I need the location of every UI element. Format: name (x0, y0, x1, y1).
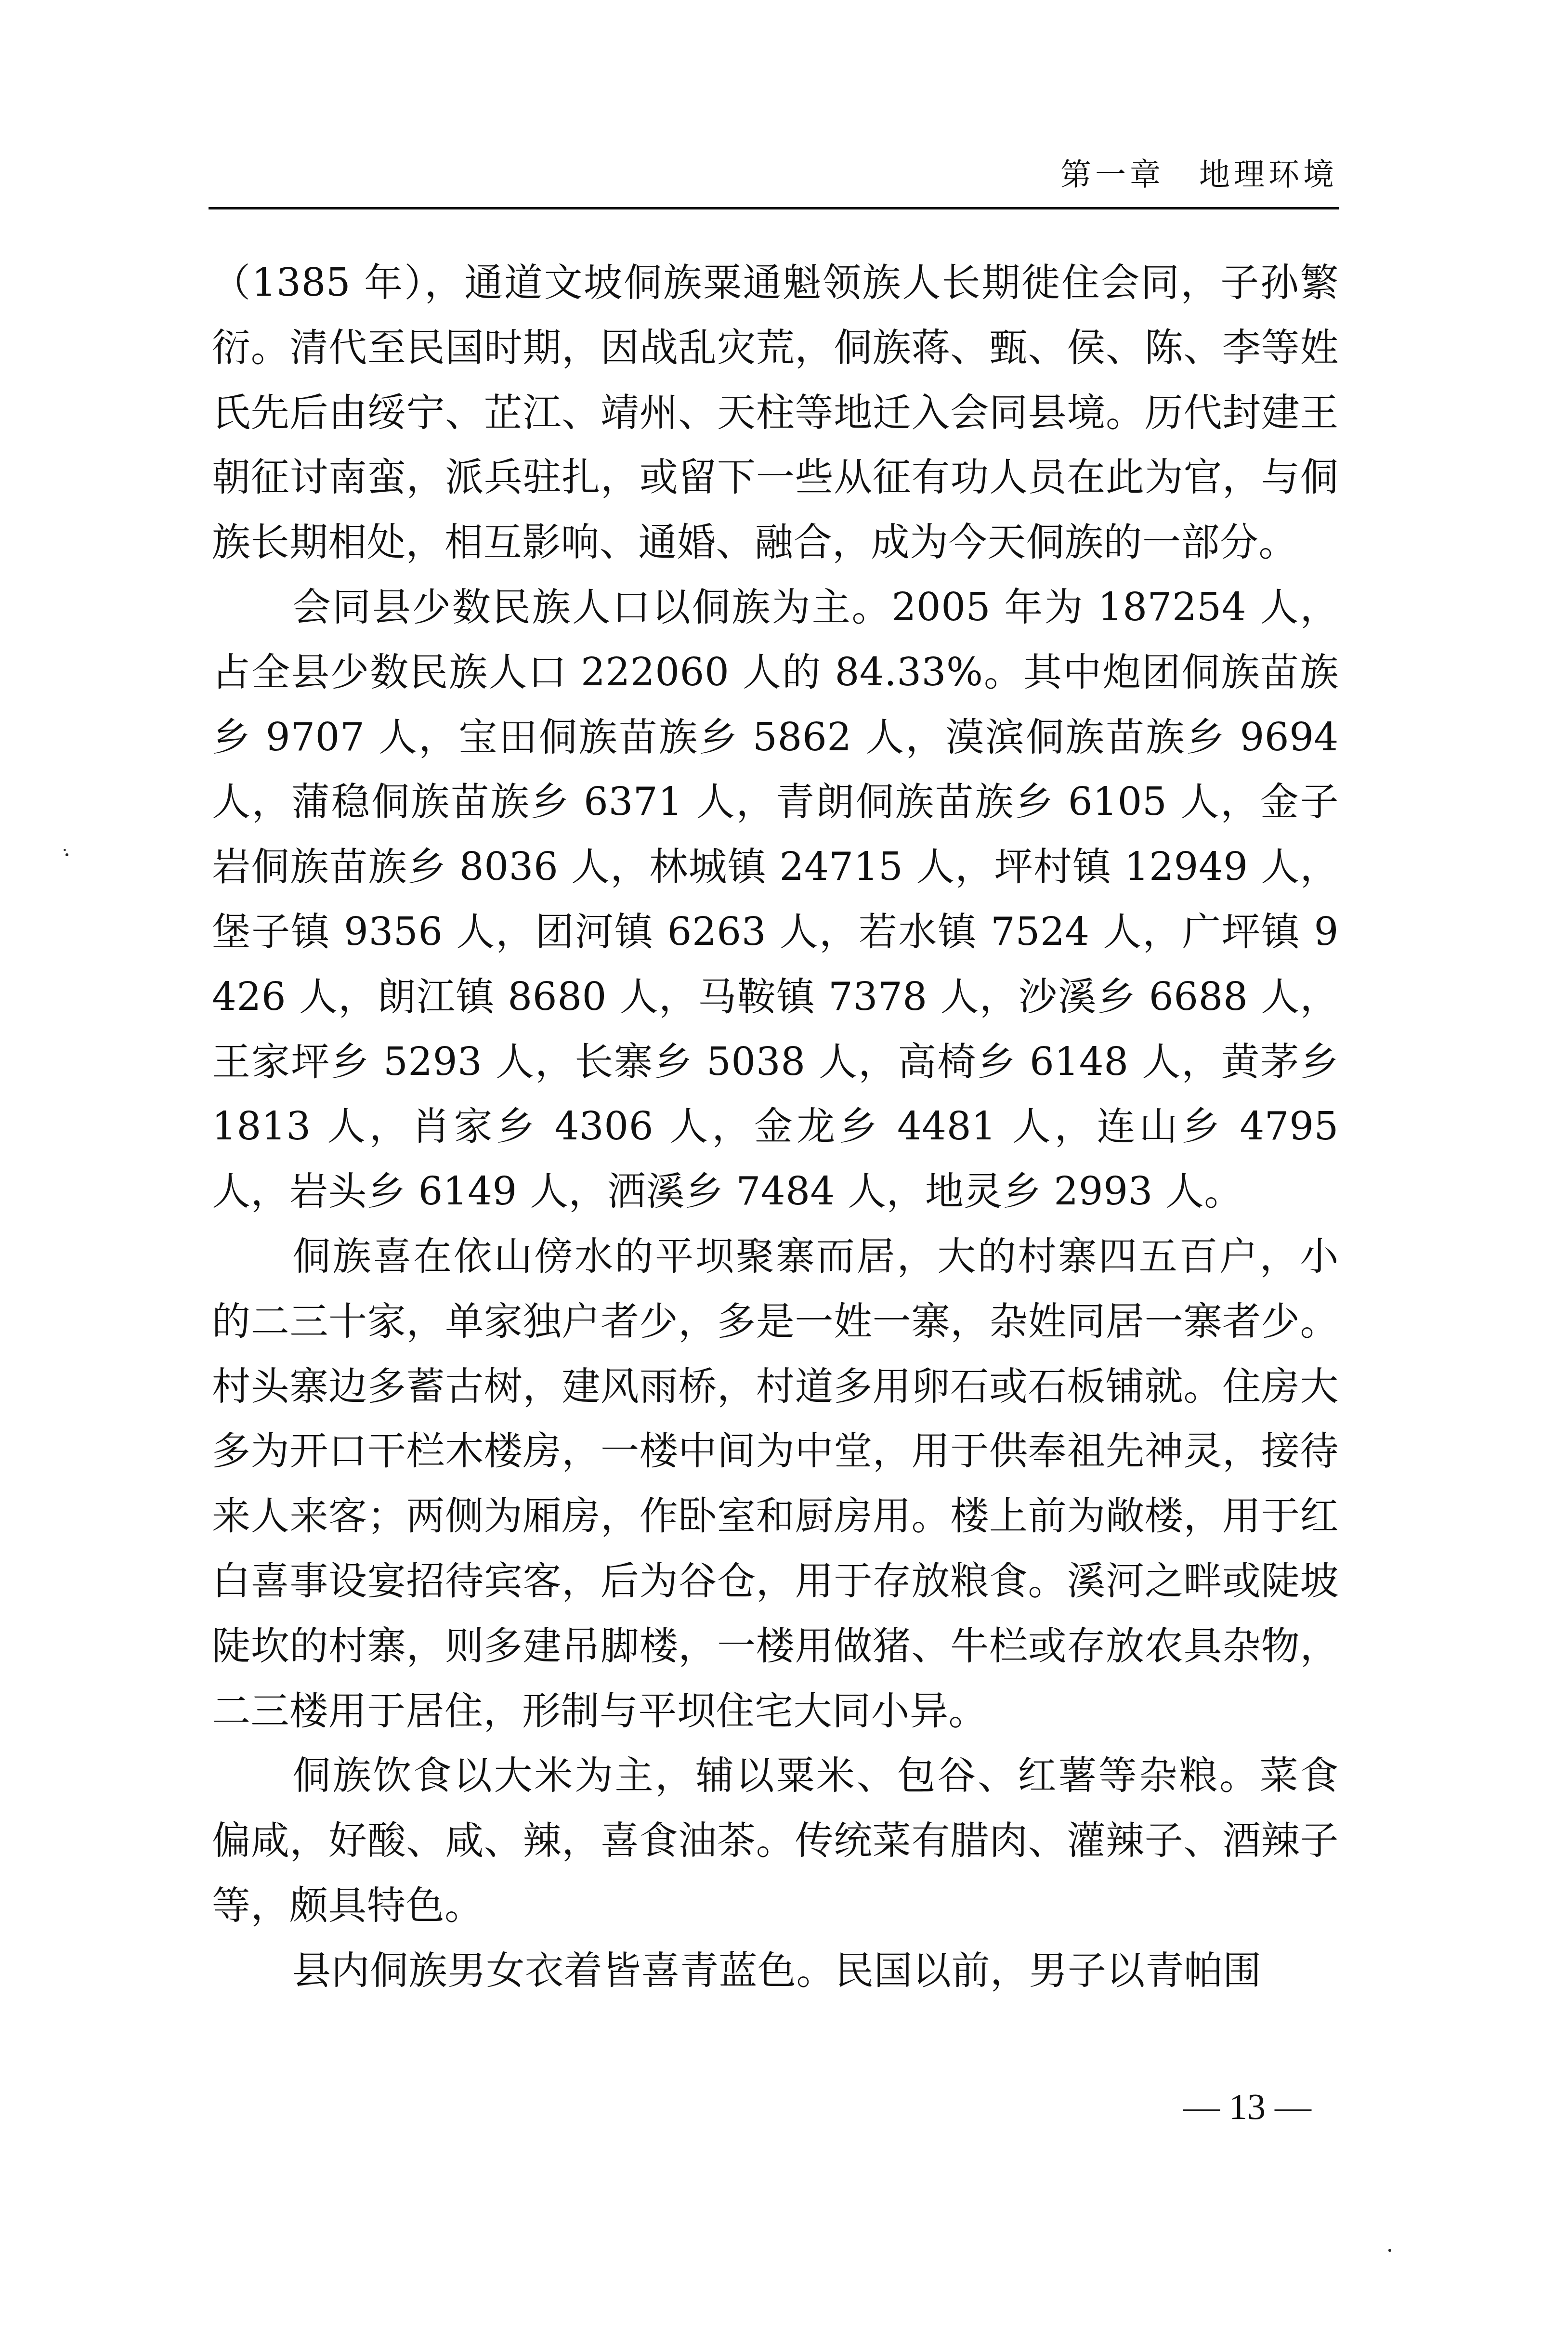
paragraph-3: 侗族喜在依山傍水的平坝聚寨而居，大的村寨四五百户，小的二三十家，单家独户者少，多… (212, 1224, 1339, 1743)
paragraph-4: 侗族饮食以大米为主，辅以粟米、包谷、红薯等杂粮。菜食偏咸，好酸、咸、辣，喜食油茶… (212, 1743, 1339, 1938)
running-header: 第一章 地理环境 (209, 144, 1339, 209)
scan-speck (65, 853, 68, 856)
chapter-title: 第一章 地理环境 (1060, 153, 1338, 196)
paragraph-1: （1385 年），通道文坡侗族粟通魁领族人长期徙住会同，子孙繁衍。清代至民国时期… (212, 250, 1339, 575)
paragraph-2: 会同县少数民族人口以侗族为主。2005 年为 187254 人，占全县少数民族人… (212, 575, 1339, 1224)
scan-speck (1388, 2249, 1391, 2252)
scan-speck (64, 849, 66, 851)
body-text: （1385 年），通道文坡侗族粟通魁领族人长期徙住会同，子孙繁衍。清代至民国时期… (212, 250, 1339, 2003)
page-number: — 13 — (1165, 2080, 1329, 2133)
paragraph-5: 县内侗族男女衣着皆喜青蓝色。民国以前，男子以青帕围 (212, 1938, 1339, 2003)
